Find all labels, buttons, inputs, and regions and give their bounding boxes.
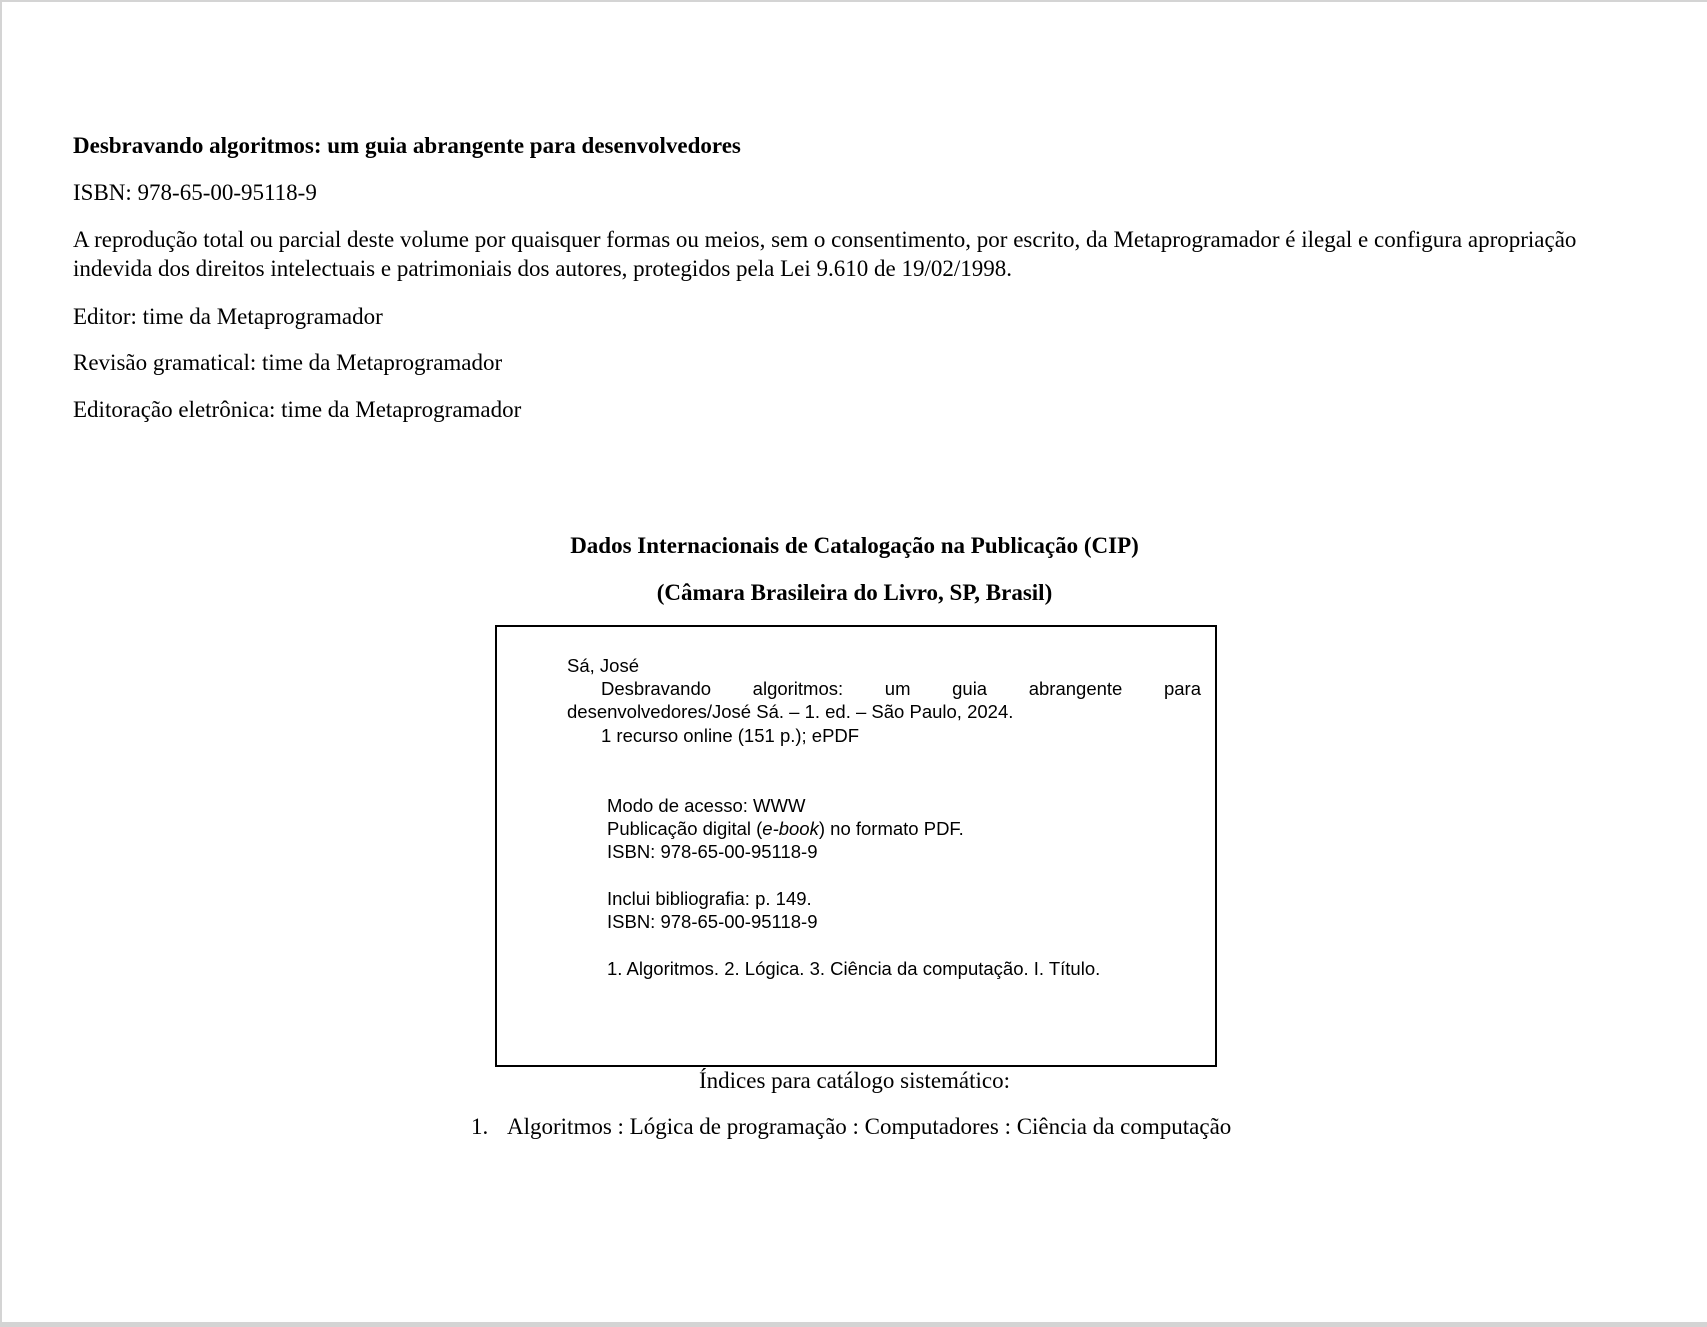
- document-page: Desbravando algoritmos: um guia abrangen…: [2, 2, 1707, 1322]
- book-title: Desbravando algoritmos: um guia abrangen…: [73, 131, 741, 160]
- index-item-text: Algoritmos : Lógica de programação : Com…: [507, 1114, 1231, 1140]
- card-bibliography: Inclui bibliografia: p. 149.: [607, 887, 812, 911]
- isbn-line: ISBN: 978-65-00-95118-9: [73, 178, 317, 207]
- card-author: Sá, José: [567, 654, 639, 678]
- card-digital-post: ) no formato PDF.: [819, 818, 964, 839]
- card-title-line-2: desenvolvedores/José Sá. – 1. ed. – São …: [567, 700, 1013, 724]
- card-title-line-1: Desbravando algoritmos: um guia abrangen…: [601, 677, 1201, 701]
- card-extent: 1 recurso online (151 p.); ePDF: [601, 724, 859, 748]
- cip-heading: Dados Internacionais de Catalogação na P…: [2, 533, 1707, 559]
- card-subjects: 1. Algoritmos. 2. Lógica. 3. Ciência da …: [607, 957, 1100, 981]
- copyright-line-2: indevida dos direitos intelectuais e pat…: [73, 254, 1653, 283]
- copyright-line-1: A reprodução total ou parcial deste volu…: [73, 225, 1653, 254]
- index-title: Índices para catálogo sistemático:: [2, 1068, 1707, 1094]
- layout-credit: Editoração eletrônica: time da Metaprogr…: [73, 395, 521, 424]
- catalog-card: Sá, José Desbravando algoritmos: um guia…: [495, 625, 1217, 1067]
- card-digital-format: Publicação digital (e-book) no formato P…: [607, 817, 964, 841]
- card-isbn-2: ISBN: 978-65-00-95118-9: [607, 910, 817, 934]
- editor-credit: Editor: time da Metaprogramador: [73, 302, 383, 331]
- cip-subheading: (Câmara Brasileira do Livro, SP, Brasil): [2, 580, 1707, 606]
- card-isbn-1: ISBN: 978-65-00-95118-9: [607, 840, 817, 864]
- index-item-number: 1.: [471, 1114, 488, 1140]
- revision-credit: Revisão gramatical: time da Metaprograma…: [73, 348, 502, 377]
- copyright-notice: A reprodução total ou parcial deste volu…: [73, 225, 1653, 283]
- card-digital-pre: Publicação digital (: [607, 818, 762, 839]
- card-access-mode: Modo de acesso: WWW: [607, 794, 805, 818]
- card-digital-italic: e-book: [762, 818, 819, 839]
